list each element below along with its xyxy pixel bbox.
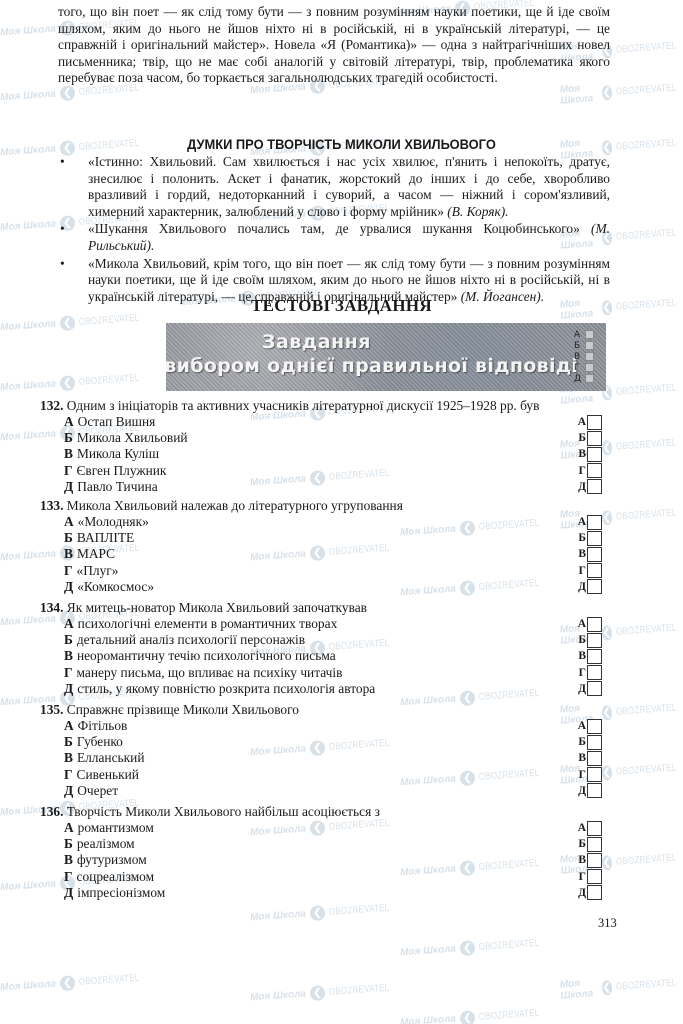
watermark: Моя Школа❮OBOZREVATEL <box>400 935 555 961</box>
option-letter: Б <box>64 836 73 851</box>
question-text: 133. Микола Хвильовий належав до літерат… <box>40 498 640 514</box>
checkbox-square[interactable] <box>587 633 602 648</box>
answer-option: ВМикола КулішВ <box>40 446 640 462</box>
option-letter: В <box>64 546 73 561</box>
checkbox-square[interactable] <box>587 563 602 578</box>
answer-grid-icon: А Б В Г Д <box>574 329 596 384</box>
checkbox-square[interactable] <box>587 447 602 462</box>
checkbox-square[interactable] <box>587 837 602 852</box>
answer-checkbox[interactable]: Б <box>576 530 602 546</box>
watermark: Моя Школа❮OBOZREVATEL <box>250 980 405 1006</box>
option-text: ВАПЛІТЕ <box>77 530 134 545</box>
option-text: Микола Хвильовий <box>77 430 188 445</box>
option-text: «Комкосмос» <box>77 579 154 594</box>
question-number: 135. <box>40 702 63 717</box>
option-text: Микола Куліш <box>77 446 159 461</box>
answer-checkbox[interactable]: Д <box>576 479 602 495</box>
question-number: 133. <box>40 498 63 513</box>
answer-checkbox[interactable]: Д <box>576 783 602 799</box>
option-text: «Молодняк» <box>78 514 149 529</box>
option-letter: Б <box>64 530 73 545</box>
checkbox-square[interactable] <box>587 515 602 530</box>
quote-text: «Шукання Хвильового почались там, де урв… <box>88 221 580 236</box>
option-letter: Г <box>64 463 73 478</box>
banner-line-1: Завдання <box>262 331 371 353</box>
option-letter: А <box>64 616 74 631</box>
checkbox-square[interactable] <box>587 617 602 632</box>
answer-box-letter: Б <box>576 734 586 750</box>
option-text: МАРС <box>77 546 115 561</box>
question-text: 135. Справжнє прізвище Миколи Хвильового <box>40 702 640 718</box>
question-134: 134. Як митець-новатор Микола Хвильовий … <box>40 600 640 697</box>
answer-option: БМикола ХвильовийБ <box>40 430 640 446</box>
answer-checkbox[interactable]: А <box>576 616 602 632</box>
option-letter: Д <box>64 783 73 798</box>
option-letter: Б <box>64 734 73 749</box>
answer-checkbox[interactable]: Д <box>576 579 602 595</box>
checkbox-square[interactable] <box>587 681 602 696</box>
section-title: ДУМКИ ПРО ТВОРЧІСТЬ МИКОЛИ ХВИЛЬОВОГО <box>27 136 655 152</box>
checkbox-square[interactable] <box>587 821 602 836</box>
checkbox-square[interactable] <box>587 579 602 594</box>
checkbox-square[interactable] <box>587 531 602 546</box>
answer-box-letter: Б <box>576 430 586 446</box>
answer-checkbox[interactable]: Б <box>576 430 602 446</box>
answer-box-letter: Г <box>576 665 586 681</box>
watermark: Моя Школа❮OBOZREVATEL <box>559 970 683 1001</box>
option-text: Фітільов <box>78 718 128 733</box>
answer-option: БГубенкоБ <box>40 734 640 750</box>
answer-box-letter: В <box>576 546 586 562</box>
answer-box-letter: А <box>576 616 586 632</box>
question-prompt: Як митець-новатор Микола Хвильовий започ… <box>67 600 367 615</box>
answer-option: ВфутуризмомВ <box>40 852 640 868</box>
answer-checkbox[interactable]: Г <box>576 869 602 885</box>
answer-option: ДОчеретД <box>40 783 640 799</box>
answer-box-letter: Б <box>576 836 586 852</box>
question-prompt: Справжнє прізвище Миколи Хвильового <box>67 702 299 717</box>
answer-box-letter: Г <box>576 563 586 579</box>
quote-item: •«Істинно: Хвильовий. Сам хвилюється і н… <box>58 154 610 220</box>
option-letter: А <box>64 414 74 429</box>
question-prompt: Микола Хвильовий належав до літературног… <box>67 498 403 513</box>
option-letter: А <box>64 820 74 835</box>
obozrevatel-logo-icon: ❮ <box>59 85 75 101</box>
option-letter: В <box>64 446 73 461</box>
option-text: імпресіонізмом <box>77 885 165 900</box>
watermark: Моя Школа❮OBOZREVATEL <box>0 370 155 396</box>
answer-option: Г«Плуг»Г <box>40 563 640 579</box>
obozrevatel-logo-icon: ❮ <box>59 975 75 991</box>
checkbox-square[interactable] <box>587 853 602 868</box>
answer-box-letter: В <box>576 446 586 462</box>
bullet-icon: • <box>60 221 65 238</box>
checkbox-square[interactable] <box>587 463 602 478</box>
answer-option: ГЄвген ПлужникГ <box>40 463 640 479</box>
answer-checkbox[interactable]: Г <box>576 665 602 681</box>
question-text: 132. Одним з ініціаторів та активних уча… <box>40 398 640 414</box>
answer-box-letter: Д <box>576 479 586 495</box>
answer-option: ДімпресіонізмомД <box>40 885 640 901</box>
question-number: 134. <box>40 600 63 615</box>
answer-option: Д«Комкосмос»Д <box>40 579 640 595</box>
option-text: неоромантичну течію психологічного письм… <box>77 648 336 663</box>
checkbox-square[interactable] <box>587 547 602 562</box>
obozrevatel-logo-icon: ❮ <box>459 1010 475 1024</box>
answer-box-letter: А <box>576 718 586 734</box>
option-text: Губенко <box>77 734 123 749</box>
checkbox-square[interactable] <box>587 649 602 664</box>
question-number: 136. <box>40 804 63 819</box>
question-135: 135. Справжнє прізвище Миколи Хвильового… <box>40 702 640 799</box>
answer-box-letter: Д <box>576 783 586 799</box>
option-text: манеру письма, що впливає на психіку чит… <box>77 665 343 680</box>
answer-checkbox[interactable]: Г <box>576 563 602 579</box>
answer-box-letter: Г <box>576 463 586 479</box>
answer-box-letter: Б <box>576 530 586 546</box>
quote-item: •«Шукання Хвильового почались там, де ур… <box>58 221 610 254</box>
question-number: 132. <box>40 398 63 413</box>
answer-checkbox[interactable]: В <box>576 750 602 766</box>
answer-option: БреалізмомБ <box>40 836 640 852</box>
answer-box-letter: Д <box>576 681 586 697</box>
obozrevatel-logo-icon: ❮ <box>309 985 325 1001</box>
answer-checkbox[interactable]: В <box>576 648 602 664</box>
answer-box-letter: А <box>576 414 586 430</box>
watermark: Моя Школа❮OBOZREVATEL <box>400 1005 555 1024</box>
page-number: 313 <box>598 916 617 931</box>
quote-author: (В. Коряк). <box>447 204 508 219</box>
answer-option: ВМАРСВ <box>40 546 640 562</box>
option-text: детальний аналіз психології персонажів <box>77 632 305 647</box>
option-letter: Г <box>64 665 73 680</box>
answer-checkbox[interactable]: Б <box>576 734 602 750</box>
banner-line-2: з вибором однієї правильної відповіді <box>166 355 578 377</box>
answer-checkbox[interactable]: В <box>576 852 602 868</box>
answer-box-letter: Г <box>576 767 586 783</box>
obozrevatel-logo-icon: ❮ <box>59 375 75 391</box>
question-132: 132. Одним з ініціаторів та активних уча… <box>40 398 640 495</box>
option-text: психологічні елементи в романтичних твор… <box>78 616 338 631</box>
option-text: реалізмом <box>77 836 135 851</box>
answer-checkbox[interactable]: Б <box>576 836 602 852</box>
watermark: Моя Школа❮OBOZREVATEL <box>250 900 405 926</box>
option-letter: Д <box>64 885 73 900</box>
option-letter: В <box>64 648 73 663</box>
option-letter: Г <box>64 563 73 578</box>
option-text: соцреалізмом <box>77 869 155 884</box>
answer-box-letter: В <box>576 852 586 868</box>
answer-checkbox[interactable]: А <box>576 718 602 734</box>
bullet-icon: • <box>60 154 65 171</box>
option-letter: В <box>64 750 73 765</box>
answer-box-letter: А <box>576 820 586 836</box>
option-text: Євген Плужник <box>77 463 167 478</box>
answer-checkbox[interactable]: В <box>576 546 602 562</box>
intro-paragraph: того, що він поет — як слід тому бути — … <box>58 4 610 87</box>
answer-option: АромантизмомА <box>40 820 640 836</box>
question-text: 134. Як митець-новатор Микола Хвильовий … <box>40 600 640 616</box>
question-text: 136. Творчість Миколи Хвильового найбіль… <box>40 804 640 820</box>
checkbox-square[interactable] <box>587 783 602 798</box>
question-prompt: Одним з ініціаторів та активних учасникі… <box>67 398 540 413</box>
option-text: Сивенький <box>77 767 139 782</box>
obozrevatel-logo-icon: ❮ <box>459 940 475 956</box>
option-letter: А <box>64 718 74 733</box>
answer-box-letter: Б <box>576 632 586 648</box>
answer-box-letter: А <box>576 514 586 530</box>
answer-checkbox[interactable]: А <box>576 514 602 530</box>
answer-checkbox[interactable]: А <box>576 820 602 836</box>
answer-option: Гманеру письма, що впливає на психіку чи… <box>40 665 640 681</box>
checkbox-square[interactable] <box>587 479 602 494</box>
answer-option: ВЕлланськийВ <box>40 750 640 766</box>
answer-checkbox[interactable]: А <box>576 414 602 430</box>
option-text: Елланський <box>77 750 145 765</box>
answer-box-letter: В <box>576 648 586 664</box>
answer-checkbox[interactable]: В <box>576 446 602 462</box>
answer-checkbox[interactable]: Д <box>576 681 602 697</box>
answer-option: ДПавло ТичинаД <box>40 479 640 495</box>
answer-checkbox[interactable]: Д <box>576 885 602 901</box>
option-letter: А <box>64 514 74 529</box>
answer-checkbox[interactable]: Г <box>576 463 602 479</box>
option-letter: Б <box>64 430 73 445</box>
answer-option: АОстап ВишняА <box>40 414 640 430</box>
obozrevatel-logo-icon: ❮ <box>59 315 75 331</box>
answer-option: ГсоцреалізмомГ <box>40 869 640 885</box>
checkbox-square[interactable] <box>587 665 602 680</box>
option-text: Павло Тичина <box>77 479 158 494</box>
checkbox-square[interactable] <box>587 885 602 900</box>
obozrevatel-logo-icon: ❮ <box>309 905 325 921</box>
answer-option: БВАПЛІТЕБ <box>40 530 640 546</box>
checkbox-square[interactable] <box>587 415 602 430</box>
option-letter: Б <box>64 632 73 647</box>
option-text: Остап Вишня <box>78 414 156 429</box>
answer-option: АФітільовА <box>40 718 640 734</box>
question-136: 136. Творчість Миколи Хвильового найбіль… <box>40 804 640 901</box>
answer-option: Дстиль, у якому повністю розкрита психол… <box>40 681 640 697</box>
checkbox-square[interactable] <box>587 751 602 766</box>
option-letter: Г <box>64 869 73 884</box>
option-letter: В <box>64 852 73 867</box>
question-133: 133. Микола Хвильовий належав до літерат… <box>40 498 640 595</box>
watermark: Моя Школа❮OBOZREVATEL <box>0 970 155 996</box>
option-letter: Д <box>64 479 73 494</box>
answer-checkbox[interactable]: Б <box>576 632 602 648</box>
option-letter: Д <box>64 579 73 594</box>
option-letter: Г <box>64 767 73 782</box>
answer-option: Бдетальний аналіз психології персонажівБ <box>40 632 640 648</box>
answer-box-letter: Д <box>576 579 586 595</box>
checkbox-square[interactable] <box>587 767 602 782</box>
checkbox-square[interactable] <box>587 431 602 446</box>
question-prompt: Творчість Миколи Хвильового найбільш асо… <box>67 804 380 819</box>
answer-box-letter: Г <box>576 869 586 885</box>
checkbox-square[interactable] <box>587 719 602 734</box>
option-text: «Плуг» <box>77 563 119 578</box>
bullet-icon: • <box>60 256 65 273</box>
answer-box-letter: Д <box>576 885 586 901</box>
option-text: Очерет <box>77 783 118 798</box>
answer-option: Апсихологічні елементи в романтичних тво… <box>40 616 640 632</box>
answer-option: А«Молодняк»А <box>40 514 640 530</box>
option-text: романтизмом <box>78 820 154 835</box>
answer-option: ГСивенькийГ <box>40 767 640 783</box>
answer-box-letter: В <box>576 750 586 766</box>
obozrevatel-logo-icon: ❮ <box>601 979 612 995</box>
quote-text: «Істинно: Хвильовий. Сам хвилюється і на… <box>88 154 610 219</box>
task-type-banner: Завдання з вибором однієї правильної від… <box>166 323 606 391</box>
answer-option: Внеоромантичну течію психологічного пись… <box>40 648 640 664</box>
quotes-list: •«Істинно: Хвильовий. Сам хвилюється і н… <box>58 154 610 306</box>
option-text: футуризмом <box>77 852 147 867</box>
answer-checkbox[interactable]: Г <box>576 767 602 783</box>
tests-title: ТЕСТОВІ ЗАВДАННЯ <box>0 296 683 316</box>
option-text: стиль, у якому повністю розкрита психоло… <box>77 681 375 696</box>
option-letter: Д <box>64 681 73 696</box>
checkbox-square[interactable] <box>587 869 602 884</box>
checkbox-square[interactable] <box>587 735 602 750</box>
